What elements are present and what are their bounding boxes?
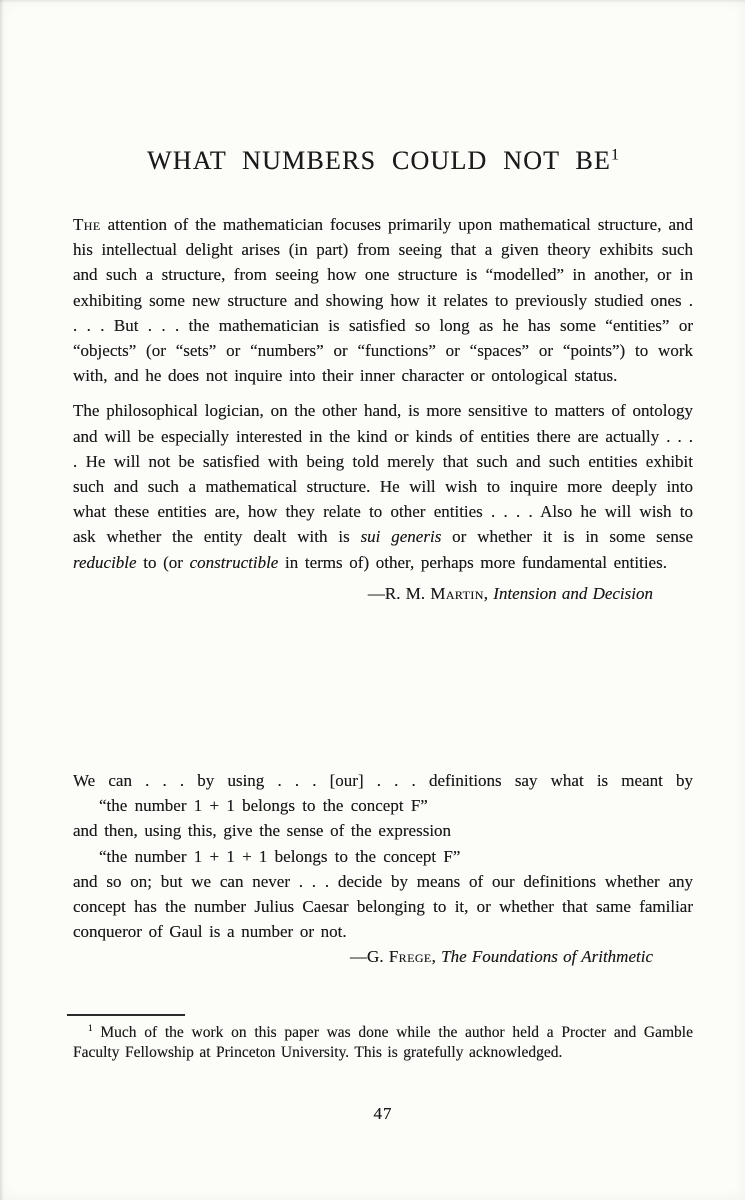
epigraph-paragraph-2: The philosophical logician, on the other… — [73, 398, 693, 574]
paper-title: WHAT NUMBERS COULD NOT BE1 — [73, 146, 693, 176]
attribution-martin: —R. M. Martin, Intension and Decision — [73, 581, 693, 606]
frege-line-2: “the number 1 + 1 belongs to the concept… — [73, 793, 693, 818]
epigraph-paragraph-1: The attention of the mathematician focus… — [73, 212, 693, 388]
scanned-paper-page: WHAT NUMBERS COULD NOT BE1 The attention… — [0, 0, 745, 1200]
footnote-text: 1 Much of the work on this paper was don… — [73, 1023, 693, 1062]
scan-edge — [0, 0, 745, 3]
footnote-rule — [67, 1014, 185, 1016]
frege-line-1: We can . . . by using . . . [our] . . . … — [73, 768, 693, 793]
frege-continuation: and so on; but we can never . . . decide… — [73, 869, 693, 945]
footnote-area: 1 Much of the work on this paper was don… — [73, 1014, 693, 1062]
page-number: 47 — [73, 1104, 693, 1124]
epigraph-frege: We can . . . by using . . . [our] . . . … — [73, 768, 693, 970]
frege-line-4: “the number 1 + 1 + 1 belongs to the con… — [73, 844, 693, 869]
epigraph-martin: The attention of the mathematician focus… — [73, 212, 693, 606]
frege-line-3: and then, using this, give the sense of … — [73, 818, 693, 843]
scan-edge — [0, 0, 4, 1200]
attribution-frege: —G. Frege, The Foundations of Arithmetic — [73, 944, 693, 969]
